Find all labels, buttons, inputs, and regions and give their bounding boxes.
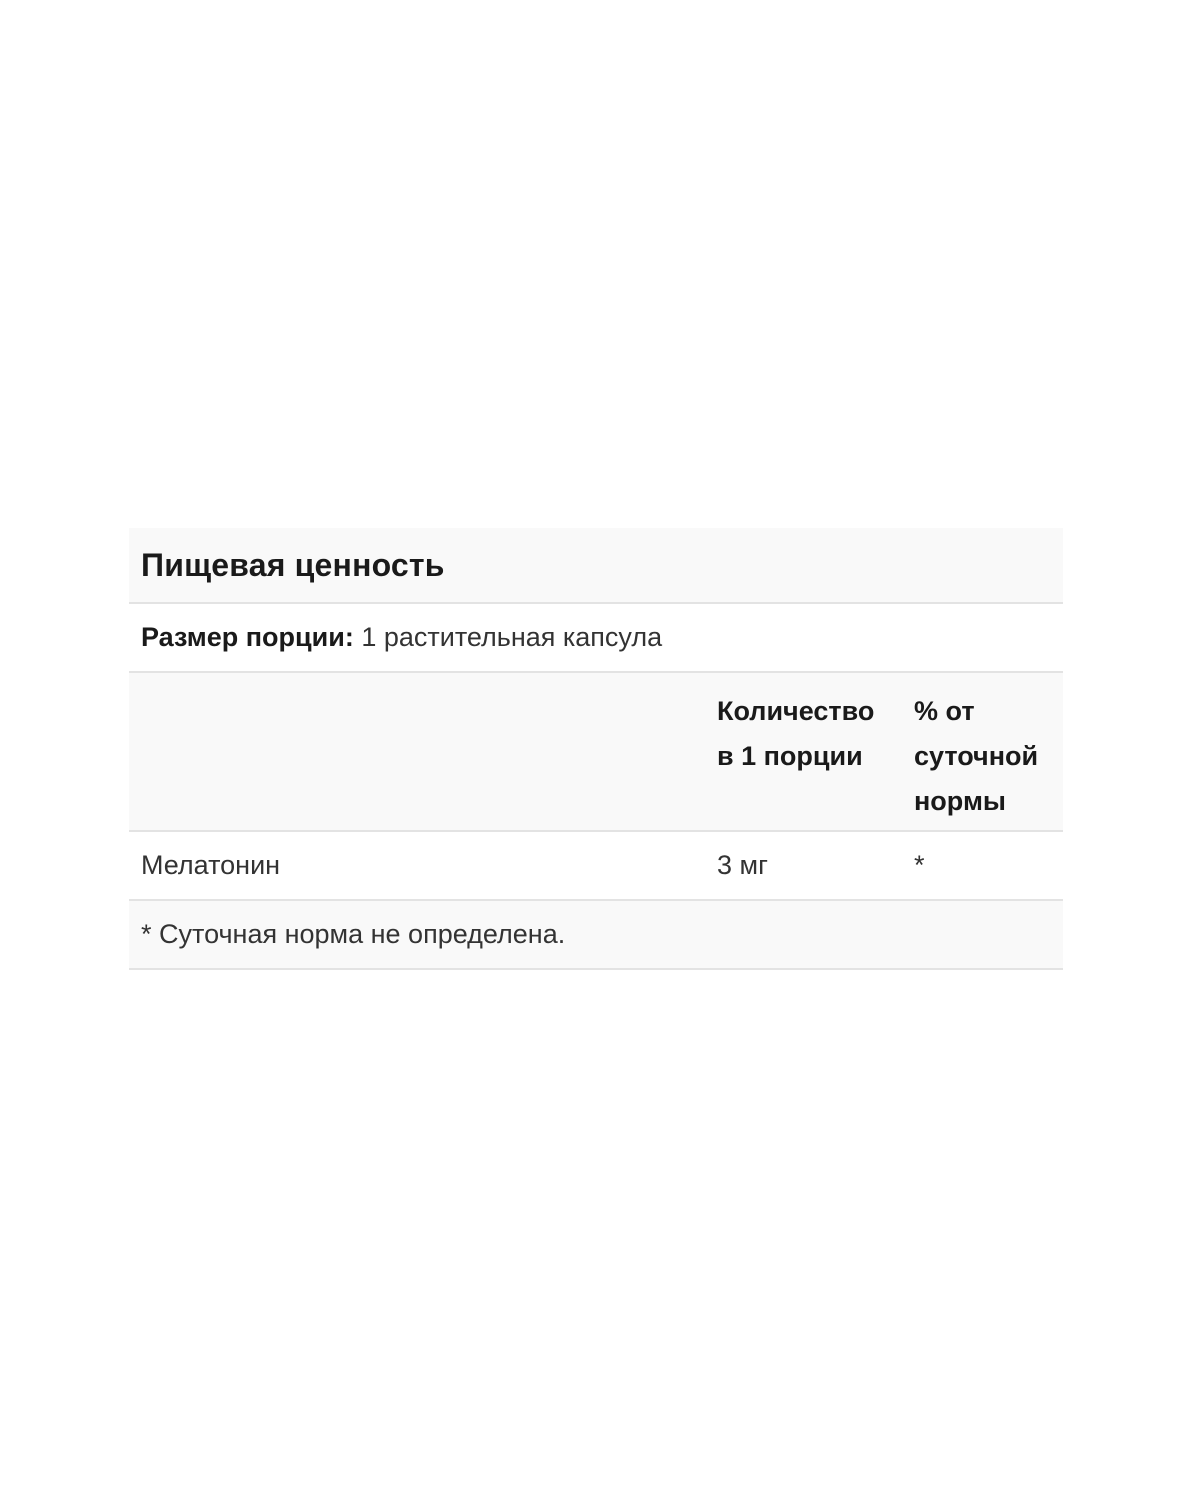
nutrient-name: Мелатонин (141, 850, 280, 881)
serving-size-row: Размер порции: 1 растительная капсула (129, 604, 1063, 673)
nutrient-amount: 3 мг (717, 850, 768, 881)
footnote-text: * Суточная норма не определена. (141, 919, 565, 950)
serving-size-value: 1 растительная капсула (361, 622, 662, 653)
table-header-row: Количество в 1 порции % от суточной норм… (129, 673, 1063, 832)
nutrition-facts-panel: Пищевая ценность Размер порции: 1 растит… (129, 528, 1063, 970)
table-row: Мелатонин 3 мг * (129, 832, 1063, 901)
column-header-amount: Количество в 1 порции (717, 689, 897, 779)
column-header-daily-value: % от суточной нормы (914, 689, 1064, 824)
footnote-row: * Суточная норма не определена. (129, 901, 1063, 970)
nutrient-daily-value: * (914, 850, 925, 881)
nutrition-title-row: Пищевая ценность (129, 528, 1063, 604)
nutrition-title: Пищевая ценность (141, 547, 445, 584)
serving-size-label: Размер порции: (141, 622, 354, 653)
